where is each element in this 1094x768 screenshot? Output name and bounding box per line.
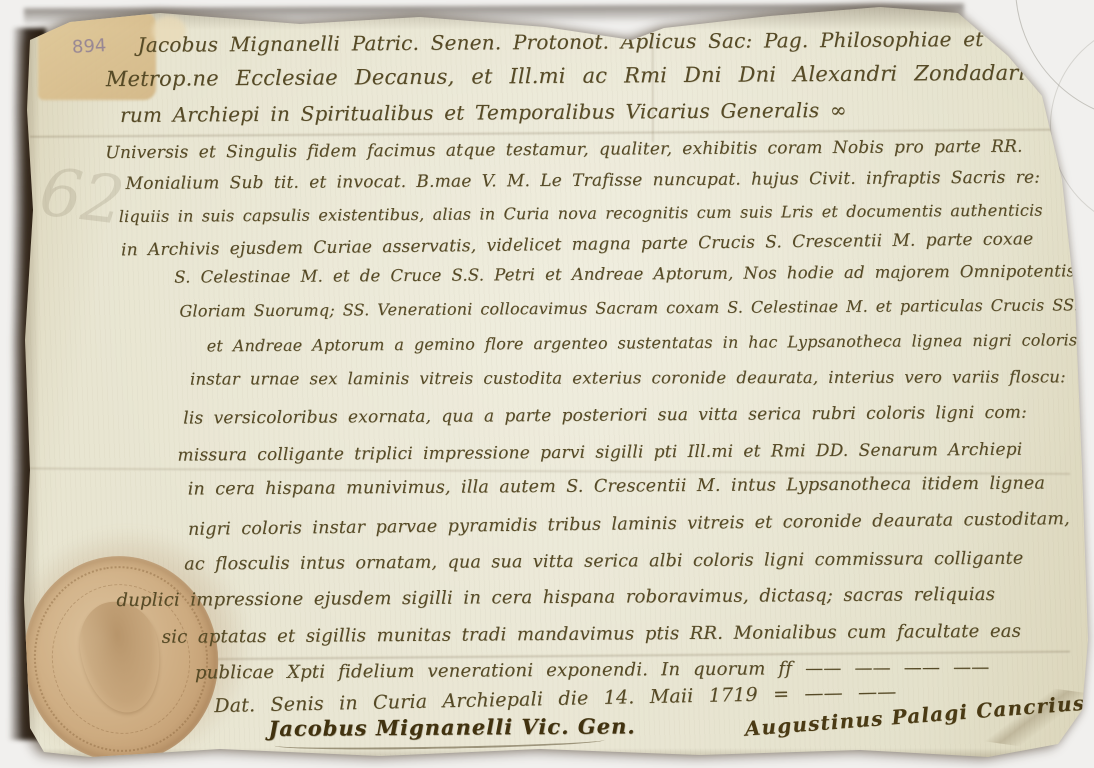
body-line-9: lis versicoloribus exornata, qua a parte… (183, 403, 1027, 429)
body-line-2: Monialium Sub tit. et invocat. B.mae V. … (126, 168, 1041, 195)
heading-line-2: Metrop.ne Ecclesiae Decanus, et Ill.mi a… (106, 60, 1094, 92)
body-line-13: ac flosculis intus ornatam, qua sua vitt… (184, 549, 1023, 576)
body-line-8: instar urnae sex laminis vitreis custodi… (190, 367, 1066, 389)
photo-backdrop: { "colors": { "backdrop": "#f1f0ee", "pa… (0, 0, 1094, 768)
manuscript-paper: 894 62 Jacobus Mignanelli Patric. Senen.… (0, 0, 1094, 768)
heading-line-1: Jacobus Mignanelli Patric. Senen. Proton… (138, 26, 1059, 56)
body-line-12: nigri coloris instar parvae pyramidis tr… (188, 509, 1070, 541)
body-line-16: publicae Xpti fidelium venerationi expon… (195, 657, 990, 684)
paper-wrap: 894 62 Jacobus Mignanelli Patric. Senen.… (0, 0, 1094, 768)
handwritten-text: Jacobus Mignanelli Patric. Senen. Proton… (0, 0, 1094, 768)
body-line-14: duplici impressione ejusdem sigilli in c… (116, 584, 995, 612)
body-line-3: liquiis in suis capsulis existentibus, a… (119, 201, 1043, 227)
body-line-5: S. Celestinae M. et de Cruce S.S. Petri … (174, 261, 1094, 287)
body-line-6: Gloriam Suorumq; SS. Venerationi colloca… (179, 295, 1094, 321)
body-line-15: sic aptatas et sigillis munitas tradi ma… (162, 621, 1022, 649)
body-line-11: in cera hispana munivimus, illa autem S.… (188, 474, 1046, 501)
body-line-1: Universis et Singulis fidem facimus atqu… (105, 137, 1022, 164)
heading-line-3: rum Archiepi in Spiritualibus et Tempora… (120, 98, 847, 127)
body-line-4: in Archivis ejusdem Curiae asservatis, v… (121, 229, 1034, 261)
body-line-7: et Andreae Aptorum a gemino flore argent… (207, 330, 1078, 355)
body-line-10: missura colligante triplici impressione … (177, 440, 1022, 466)
